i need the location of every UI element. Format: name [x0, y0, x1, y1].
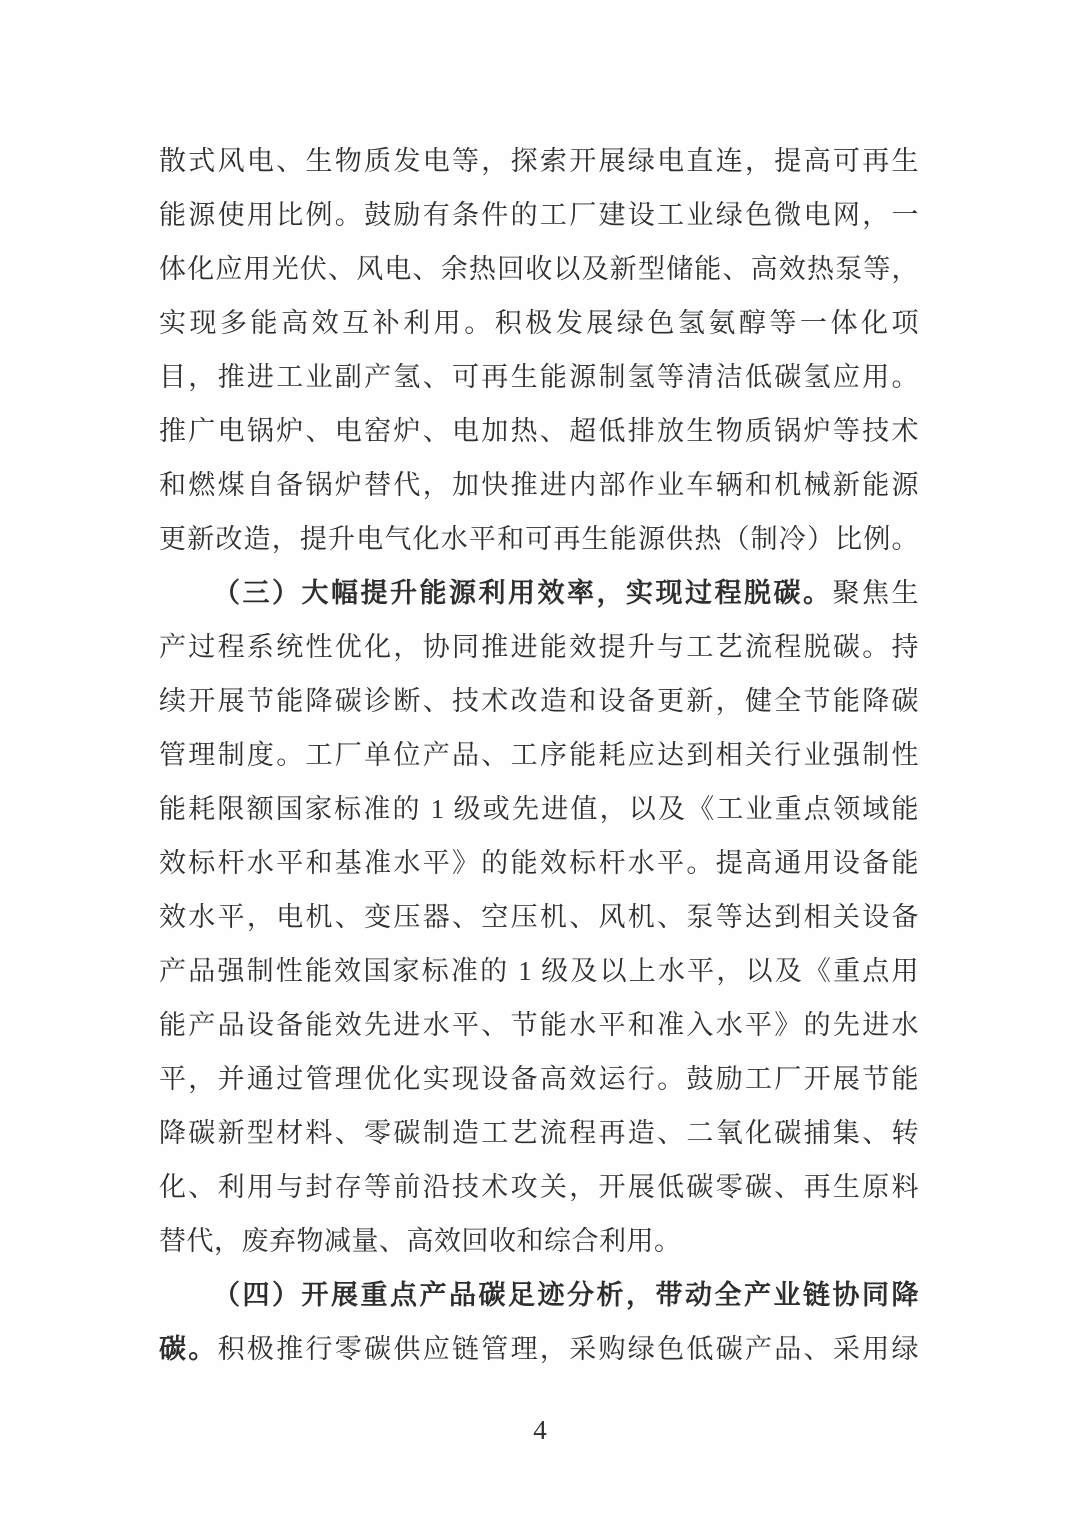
body-text: 和燃煤自备锅炉替代，加快推进内部作业车辆和机械新能源 — [159, 470, 919, 500]
body-text: 续开展节能降碳诊断、技术改造和设备更新，健全节能降碳 — [159, 686, 919, 716]
text-line: 实现多能高效互补利用。积极发展绿色氢氨醇等一体化项 — [159, 296, 919, 350]
section-heading-3: （三）大幅提升能源利用效率，实现过程脱碳。 — [213, 578, 833, 608]
body-text: 实现多能高效互补利用。积极发展绿色氢氨醇等一体化项 — [159, 308, 919, 338]
section-heading-4-continued: 碳。 — [159, 1334, 218, 1364]
body-text: 效水平，电机、变压器、空压机、风机、泵等达到相关设备 — [159, 902, 919, 932]
body-text: 化、利用与封存等前沿技术攻关，开展低碳零碳、再生原料 — [159, 1172, 919, 1202]
text-line: 效水平，电机、变压器、空压机、风机、泵等达到相关设备 — [159, 890, 919, 944]
body-text: 效标杆水平和基准水平》的能效标杆水平。提高通用设备能 — [159, 848, 919, 878]
text-line: 目，推进工业副产氢、可再生能源制氢等清洁低碳氢应用。 — [159, 350, 919, 404]
document-body: 散式风电、生物质发电等，探索开展绿电直连，提高可再生 能源使用比例。鼓励有条件的… — [159, 134, 919, 1376]
text-line: 替代，废弃物减量、高效回收和综合利用。 — [159, 1214, 919, 1268]
body-text: 产品强制性能效国家标准的 1 级及以上水平，以及《重点用 — [159, 956, 919, 986]
body-text: 散式风电、生物质发电等，探索开展绿电直连，提高可再生 — [159, 146, 919, 176]
document-page: 散式风电、生物质发电等，探索开展绿电直连，提高可再生 能源使用比例。鼓励有条件的… — [0, 0, 1080, 1527]
text-line: （三）大幅提升能源利用效率，实现过程脱碳。聚焦生 — [159, 566, 919, 620]
text-line: 更新改造，提升电气化水平和可再生能源供热（制冷）比例。 — [159, 512, 919, 566]
body-text: 管理制度。工厂单位产品、工序能耗应达到相关行业强制性 — [159, 740, 919, 770]
text-line: 推广电锅炉、电窑炉、电加热、超低排放生物质锅炉等技术 — [159, 404, 919, 458]
text-line: 散式风电、生物质发电等，探索开展绿电直连，提高可再生 — [159, 134, 919, 188]
page-number: 4 — [0, 1405, 1080, 1455]
body-text: 能产品设备能效先进水平、节能水平和准入水平》的先进水 — [159, 1010, 919, 1040]
body-text: 平，并通过管理优化实现设备高效运行。鼓励工厂开展节能 — [159, 1064, 919, 1094]
text-line: 管理制度。工厂单位产品、工序能耗应达到相关行业强制性 — [159, 728, 919, 782]
section-heading-4: （四）开展重点产品碳足迹分析，带动全产业链协同降 — [213, 1280, 919, 1310]
body-text: 更新改造，提升电气化水平和可再生能源供热（制冷）比例。 — [159, 524, 919, 554]
body-text: 积极推行零碳供应链管理，采购绿色低碳产品、采用绿 — [218, 1334, 919, 1364]
body-text: 目，推进工业副产氢、可再生能源制氢等清洁低碳氢应用。 — [159, 362, 919, 392]
body-text: 能耗限额国家标准的 1 级或先进值，以及《工业重点领域能 — [159, 794, 919, 824]
body-text: 降碳新型材料、零碳制造工艺流程再造、二氧化碳捕集、转 — [159, 1118, 919, 1148]
text-line: 能源使用比例。鼓励有条件的工厂建设工业绿色微电网，一 — [159, 188, 919, 242]
body-text: 替代，废弃物减量、高效回收和综合利用。 — [159, 1226, 682, 1256]
text-line: 体化应用光伏、风电、余热回收以及新型储能、高效热泵等， — [159, 242, 919, 296]
text-line: （四）开展重点产品碳足迹分析，带动全产业链协同降 — [159, 1268, 919, 1322]
text-line: 能耗限额国家标准的 1 级或先进值，以及《工业重点领域能 — [159, 782, 919, 836]
text-line: 产过程系统性优化，协同推进能效提升与工艺流程脱碳。持 — [159, 620, 919, 674]
text-line: 平，并通过管理优化实现设备高效运行。鼓励工厂开展节能 — [159, 1052, 919, 1106]
text-line: 和燃煤自备锅炉替代，加快推进内部作业车辆和机械新能源 — [159, 458, 919, 512]
text-line: 效标杆水平和基准水平》的能效标杆水平。提高通用设备能 — [159, 836, 919, 890]
text-line: 续开展节能降碳诊断、技术改造和设备更新，健全节能降碳 — [159, 674, 919, 728]
body-text: 体化应用光伏、风电、余热回收以及新型储能、高效热泵等， — [159, 254, 919, 284]
text-line: 碳。积极推行零碳供应链管理，采购绿色低碳产品、采用绿 — [159, 1322, 919, 1376]
text-line: 降碳新型材料、零碳制造工艺流程再造、二氧化碳捕集、转 — [159, 1106, 919, 1160]
body-text: 推广电锅炉、电窑炉、电加热、超低排放生物质锅炉等技术 — [159, 416, 919, 446]
text-line: 产品强制性能效国家标准的 1 级及以上水平，以及《重点用 — [159, 944, 919, 998]
body-text: 聚焦生 — [833, 578, 920, 608]
text-line: 能产品设备能效先进水平、节能水平和准入水平》的先进水 — [159, 998, 919, 1052]
body-text: 能源使用比例。鼓励有条件的工厂建设工业绿色微电网，一 — [159, 200, 919, 230]
body-text: 产过程系统性优化，协同推进能效提升与工艺流程脱碳。持 — [159, 632, 919, 662]
text-line: 化、利用与封存等前沿技术攻关，开展低碳零碳、再生原料 — [159, 1160, 919, 1214]
